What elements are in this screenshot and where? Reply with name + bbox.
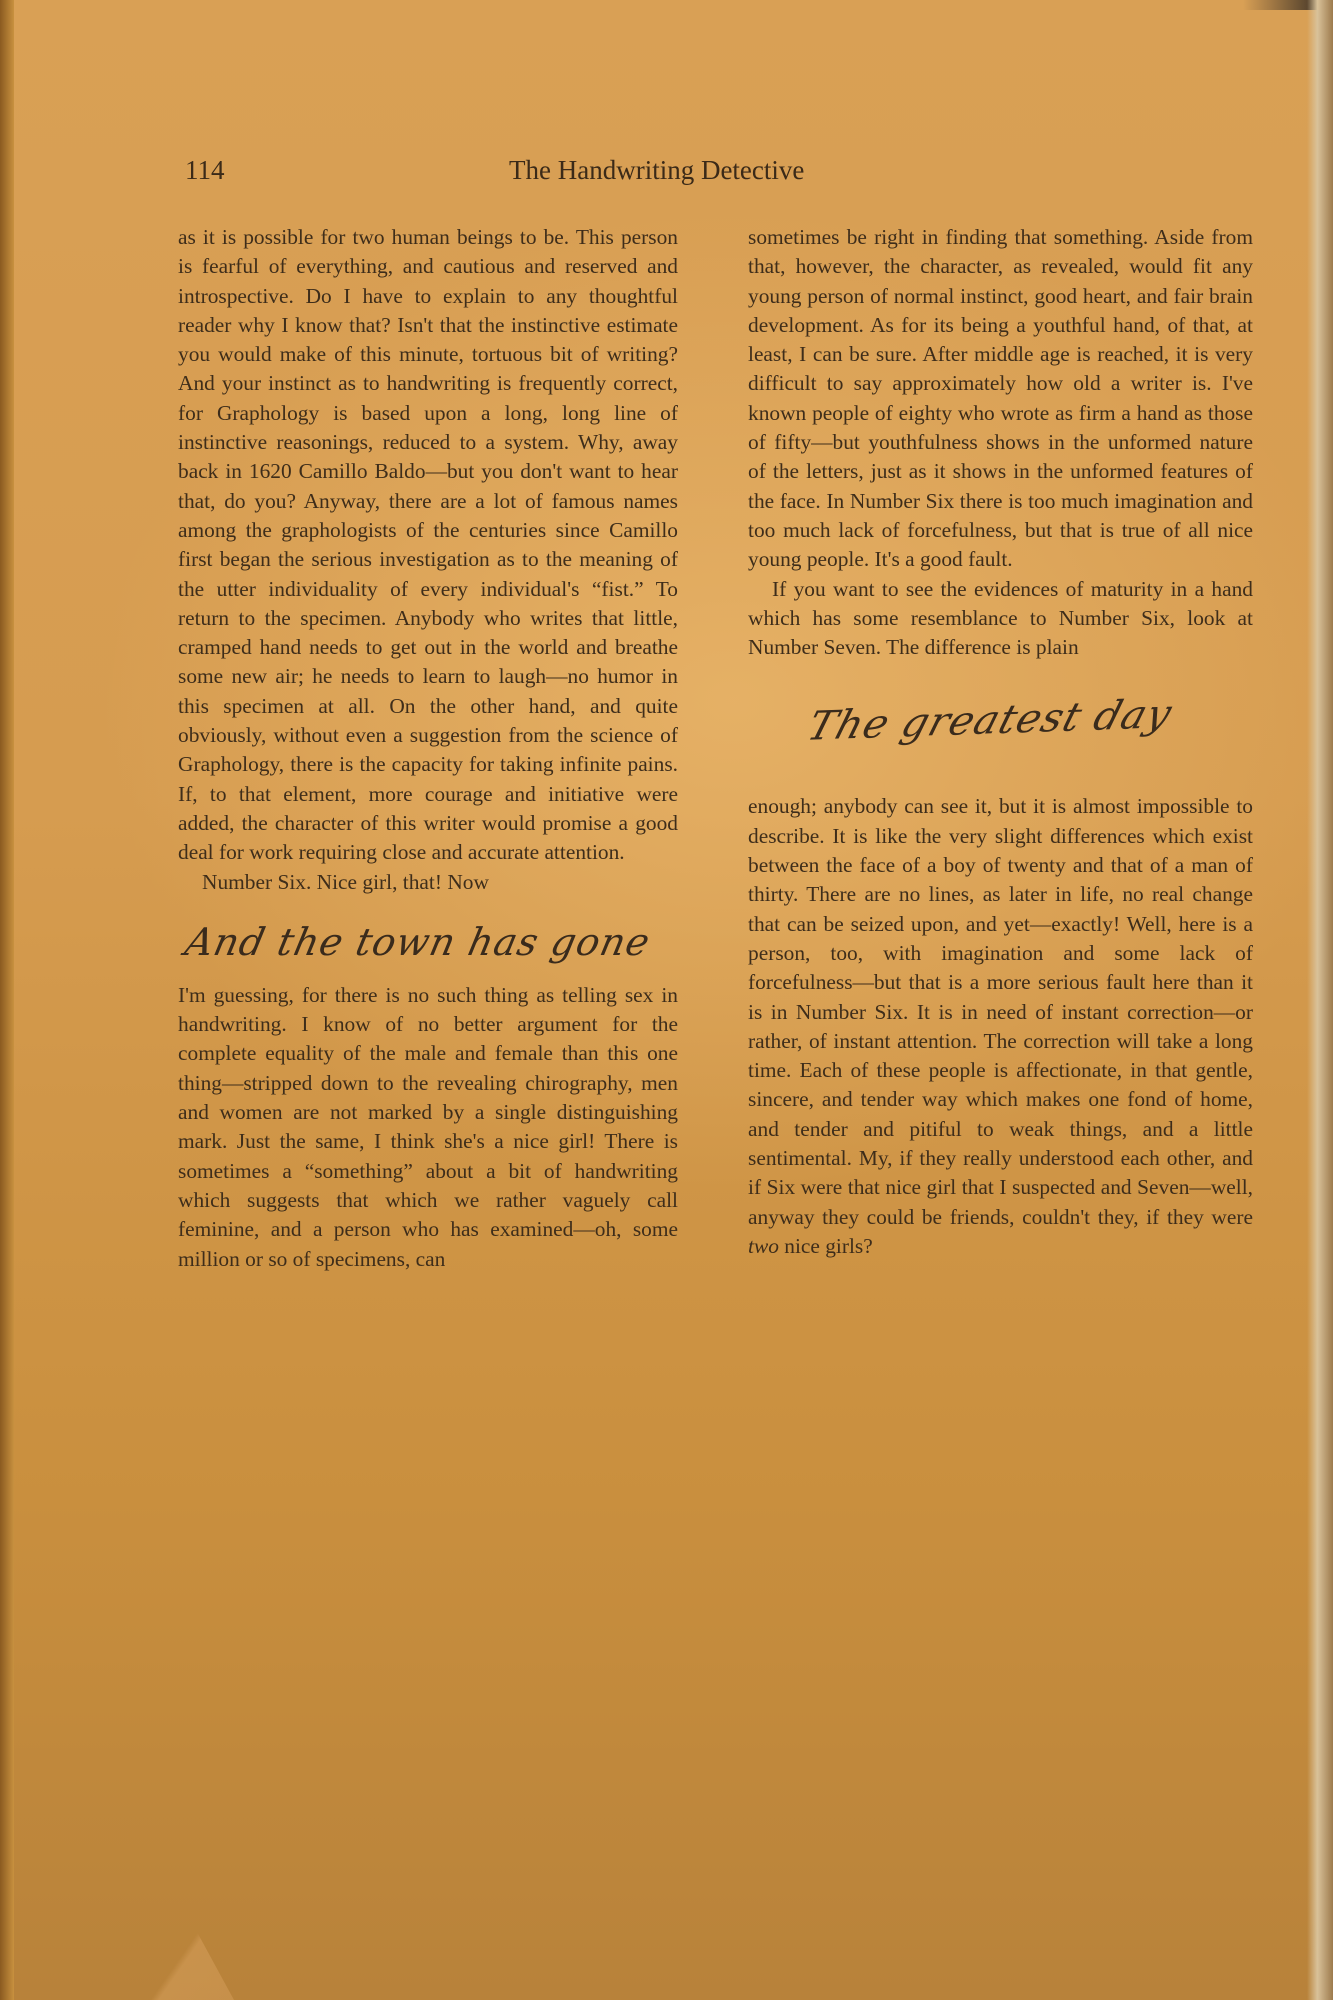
paragraph: as it is possible for two human beings t… bbox=[178, 223, 678, 868]
paragraph-text: enough; anybody can see it, but it is al… bbox=[748, 794, 1253, 1228]
paragraph: enough; anybody can see it, but it is al… bbox=[748, 792, 1253, 1261]
paragraph: If you want to see the evidences of matu… bbox=[748, 575, 1253, 663]
running-title: The Handwriting Detective bbox=[509, 155, 804, 186]
page-edge-shadow bbox=[1243, 0, 1333, 10]
paragraph-text-end: nice girls? bbox=[779, 1234, 873, 1258]
right-column: sometimes be right in finding that somet… bbox=[748, 223, 1253, 1261]
page-number: 114 bbox=[185, 155, 225, 186]
italic-word: two bbox=[748, 1234, 779, 1258]
page-header: 114 The Handwriting Detective bbox=[185, 155, 985, 195]
paragraph: I'm guessing, for there is no such thing… bbox=[178, 981, 678, 1274]
paragraph: Number Six. Nice girl, that! Now bbox=[178, 868, 678, 897]
paragraph: sometimes be right in finding that somet… bbox=[748, 223, 1253, 575]
page-fold bbox=[0, 1570, 520, 2000]
handwriting-specimen-six: And the town has gone bbox=[171, 911, 684, 973]
handwriting-specimen-seven: The greatest day bbox=[728, 662, 1273, 800]
left-column: as it is possible for two human beings t… bbox=[178, 223, 678, 1274]
book-page: 114 The Handwriting Detective as it is p… bbox=[0, 0, 1333, 2000]
